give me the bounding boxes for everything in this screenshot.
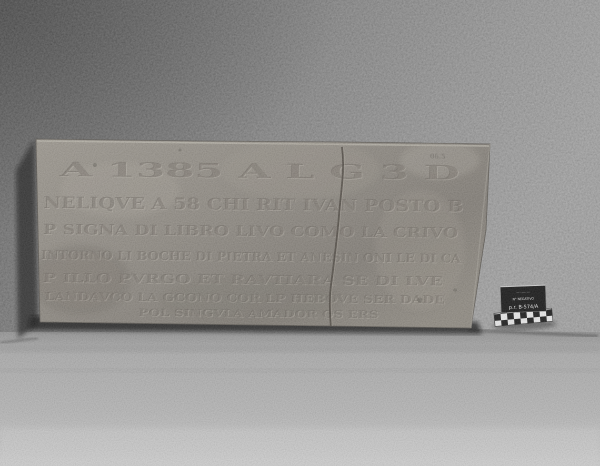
photo-canvas: A 1385 A L G 3 D NELIQVE A 58 CHI RIT IV… <box>0 0 600 466</box>
film-grain-overlay <box>0 0 600 466</box>
photograph: A 1385 A L G 3 D NELIQVE A 58 CHI RIT IV… <box>0 0 600 466</box>
